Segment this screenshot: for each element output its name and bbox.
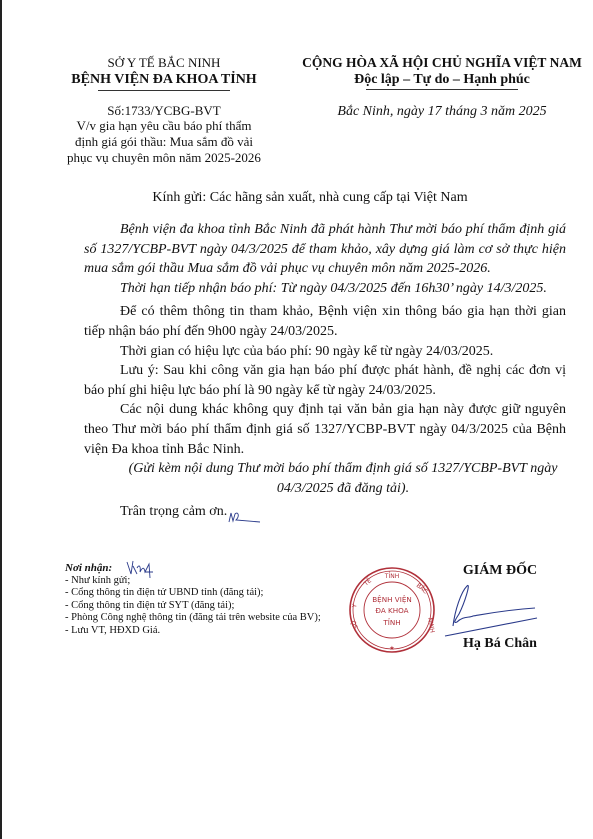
attachment-note: (Gửi kèm nội dung Thư mời báo phí thẩm đ… (84, 459, 566, 498)
recipient-item: - Cổng thông tin điện tử SYT (đăng tải); (65, 600, 365, 613)
document-subject: V/v gia hạn yêu cầu báo phí thẩm định gi… (64, 118, 264, 166)
director-signature-icon (425, 580, 545, 640)
stamp-line-2: ĐA KHOA (375, 606, 408, 615)
header-right: CỘNG HÒA XÃ HỘI CHỦ NGHĨA VIỆT NAM Độc l… (292, 55, 592, 120)
paragraph-extension: Để có thêm thông tin tham khảo, Bệnh việ… (84, 302, 566, 341)
page-left-border (0, 0, 2, 839)
paragraph-validity: Thời gian có hiệu lực của báo phí: 90 ng… (84, 342, 566, 362)
document-body: Bệnh viện đa khoa tỉnh Bắc Ninh đã phát … (84, 220, 566, 522)
recipient-item: - Như kính gửi; (65, 575, 365, 588)
stamp-line-3: TỈNH (382, 618, 400, 627)
recipient-item: - Cổng thông tin điện tử UBND tỉnh (đăng… (65, 587, 365, 600)
paragraph-deadline: Thời hạn tiếp nhận báo phí: Từ ngày 04/3… (84, 279, 566, 299)
closing: Trân trọng cảm ơn. (84, 502, 566, 522)
national-title: CỘNG HÒA XÃ HỘI CHỦ NGHĨA VIỆT NAM (292, 55, 592, 71)
stamp-line-1: BỆNH VIỆN (372, 595, 412, 604)
initial-signature-icon (125, 558, 155, 580)
organization-name: BỆNH VIỆN ĐA KHOA TỈNH (64, 71, 264, 88)
svg-text:TẾ: TẾ (361, 576, 373, 588)
header-left-underline (98, 90, 230, 91)
addressee: Kính gửi: Các hãng sản xuất, nhà cung cấ… (60, 189, 560, 206)
place-date: Bắc Ninh, ngày 17 tháng 3 năm 2025 (292, 103, 592, 120)
paragraph-intro: Bệnh viện đa khoa tỉnh Bắc Ninh đã phát … (84, 220, 566, 279)
national-motto: Độc lập – Tự do – Hạnh phúc (292, 71, 592, 88)
recipients-title: Nơi nhận: (65, 562, 365, 575)
svg-text:TỈNH: TỈNH (384, 572, 399, 580)
initial-mark-icon (227, 510, 261, 524)
recipients-block: Nơi nhận: - Như kính gửi; - Cổng thông t… (65, 562, 365, 638)
recipient-item: - Phòng Công nghệ thông tin (đăng tải tr… (65, 612, 365, 625)
paragraph-other-content: Các nội dung khác không quy định tại văn… (84, 400, 566, 459)
svg-text:Y: Y (351, 603, 359, 609)
header-right-underline (366, 89, 518, 90)
header-left: SỞ Y TẾ BẮC NINH BỆNH VIỆN ĐA KHOA TỈNH … (64, 55, 264, 166)
official-stamp-icon: TỈNH TẾ BẮC Y SỞ NINH ★ BỆNH VIỆN ĐA KHO… (348, 566, 436, 654)
document-number: Số:1733/YCBG-BVT (64, 103, 264, 118)
svg-text:★: ★ (389, 645, 394, 652)
agency-name: SỞ Y TẾ BẮC NINH (64, 55, 264, 71)
paragraph-note: Lưu ý: Sau khi công văn gia hạn báo phí … (84, 361, 566, 400)
recipient-item: - Lưu VT, HĐXD Giá. (65, 625, 365, 638)
